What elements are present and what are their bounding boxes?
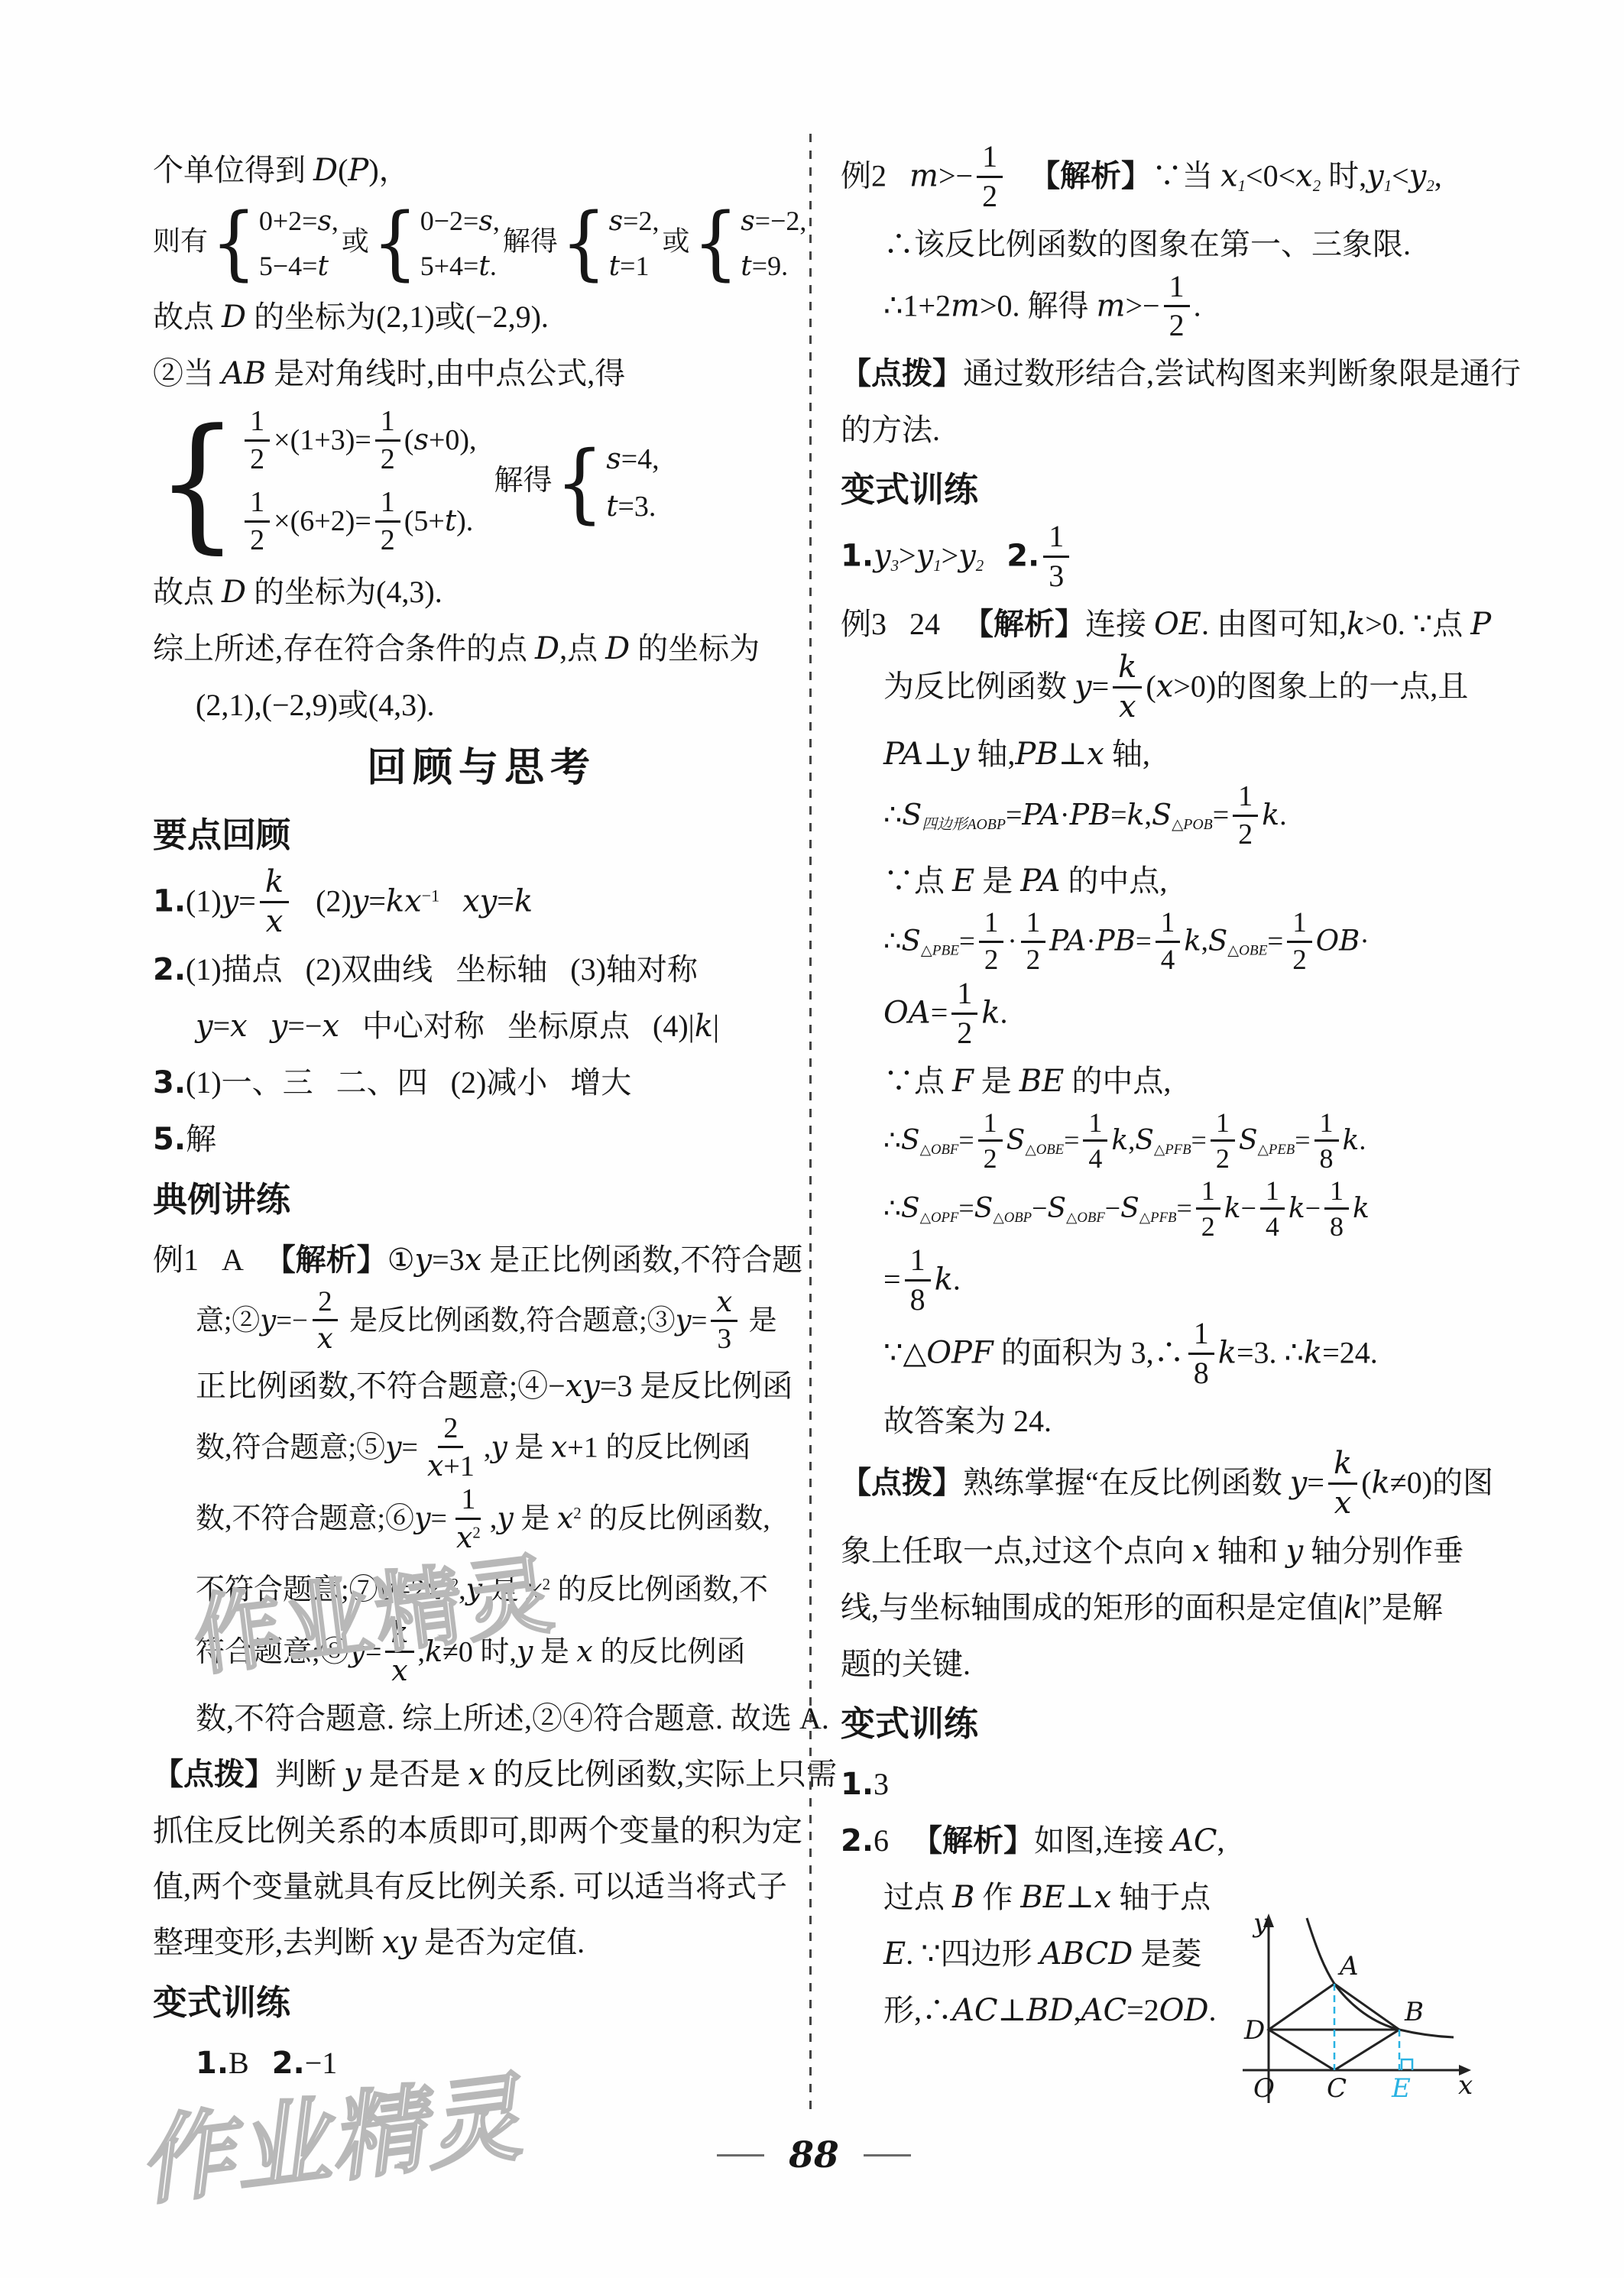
math-var: x bbox=[322, 1009, 339, 1044]
text: 要点回顾 bbox=[153, 815, 290, 855]
text: 熟练掌握“在反比例函数 bbox=[963, 1465, 1290, 1499]
text-line: ∴1+2m>0. 解得 m>−12. bbox=[883, 272, 1536, 346]
fraction: 18 bbox=[905, 1243, 931, 1317]
text: ⊥ bbox=[1058, 737, 1088, 771]
label-point-a: A bbox=[1337, 1951, 1359, 1982]
math-var: x bbox=[1119, 689, 1136, 724]
text: , bbox=[418, 1635, 426, 1667]
text-line: {12×(1+3)=12(s+0),12×(6+2)=12(5+t). 解得{s… bbox=[153, 402, 810, 564]
math-var: t bbox=[606, 489, 618, 523]
text: , bbox=[493, 206, 500, 236]
text: 2 bbox=[1216, 1143, 1230, 1174]
supscript: 2 bbox=[472, 1523, 480, 1541]
text: > bbox=[942, 539, 959, 573]
system-row: 0−2=s, bbox=[420, 199, 500, 244]
math-var: x bbox=[391, 1654, 407, 1687]
denominator: 2 bbox=[1021, 943, 1046, 976]
math-var: s bbox=[606, 442, 621, 475]
math-var: xy bbox=[382, 1925, 417, 1960]
bold-text: 2. bbox=[272, 2046, 305, 2081]
math-var: D bbox=[535, 631, 559, 666]
text: · bbox=[1360, 926, 1369, 958]
math-var: y bbox=[352, 884, 369, 919]
text: )， bbox=[368, 153, 409, 187]
text: = bbox=[931, 996, 948, 1030]
left-column: 个单位得到 D(P)，则有{0+2=s,5−4=t或{0−2=s,5+4=t.解… bbox=[153, 142, 810, 2092]
text: 1 bbox=[1216, 1107, 1230, 1138]
fraction: 12 bbox=[978, 1107, 1003, 1175]
brace-icon: { bbox=[156, 410, 238, 556]
text: −1 bbox=[305, 2046, 338, 2080]
text: 线,与坐标轴围成的矩形的面积是定值| bbox=[841, 1590, 1344, 1625]
text: 2 bbox=[250, 443, 264, 475]
text: (1) bbox=[186, 884, 222, 919]
text: 1 bbox=[910, 1243, 925, 1277]
block-para: 则有{0+2=s,5−4=t或{0−2=s,5+4=t.解得{s=2,t=1或{… bbox=[153, 199, 810, 289]
text-line: 数,不符合题意;⑥y=1x2,y 是 x2 的反比例函数, bbox=[196, 1486, 810, 1557]
fraction: 12 bbox=[375, 486, 400, 556]
page-footer: 88 bbox=[688, 2132, 940, 2178]
denominator: 8 bbox=[1324, 1210, 1349, 1242]
system-row: t=3. bbox=[606, 483, 656, 531]
system-rows: s=4,t=3. bbox=[606, 436, 659, 531]
text-line: PA⊥y 轴,PB⊥x 轴, bbox=[883, 726, 1536, 783]
subscript: △OBE bbox=[1227, 943, 1267, 959]
block-section: 变式训练 bbox=[841, 1692, 1536, 1756]
math-var: B bbox=[952, 1880, 974, 1915]
text-line: 则有{0+2=s,5−4=t或{0−2=s,5+4=t.解得{s=2,t=1或{… bbox=[153, 199, 810, 289]
text: 2 bbox=[957, 1016, 972, 1050]
text: >− bbox=[1125, 288, 1159, 322]
text: 1 bbox=[1169, 269, 1185, 303]
math-var: AC bbox=[1081, 1993, 1127, 2028]
text: 1 bbox=[1266, 1175, 1279, 1206]
text-line: (2,1),(−2,9)或(4,3). bbox=[196, 677, 810, 733]
text: 时, bbox=[1321, 158, 1366, 193]
text: 8 bbox=[1320, 1143, 1334, 1174]
text: 或 bbox=[662, 225, 689, 256]
fraction: 12 bbox=[375, 405, 400, 475]
bold-text: 【解析】 bbox=[1029, 158, 1152, 193]
text-line: 1.y3>y1>y2 2.13 bbox=[841, 522, 1536, 596]
denominator: 3 bbox=[1043, 558, 1069, 594]
block-para: 2.(1)描点 (2)双曲线 坐标轴 (3)轴对称y=x y=−x 中心对称 坐… bbox=[153, 941, 810, 1055]
block-title: 回顾与思考 bbox=[153, 733, 810, 803]
text: 形,∴ bbox=[883, 1993, 952, 2027]
math-var: x bbox=[526, 1573, 542, 1606]
math-var: y bbox=[491, 1430, 507, 1463]
math-var: x bbox=[427, 1449, 443, 1482]
text: ∴1+2 bbox=[883, 288, 951, 322]
brace-icon: { bbox=[556, 440, 605, 526]
text: = bbox=[402, 1431, 418, 1463]
math-var: y bbox=[196, 1009, 213, 1044]
math-var: PB bbox=[1070, 798, 1111, 831]
denominator: x bbox=[261, 903, 289, 939]
text: =1 bbox=[620, 251, 649, 281]
block-section: 典例讲练 bbox=[153, 1168, 810, 1232]
numerator: 1 bbox=[979, 907, 1004, 942]
math-var: OB bbox=[1316, 925, 1360, 958]
text: 2 bbox=[1026, 945, 1041, 976]
math-var: k bbox=[1218, 1336, 1237, 1371]
subscript: 1 bbox=[1384, 177, 1392, 195]
text-line: 例1 A 【解析】①y=3x 是正比例函数,不符合题 bbox=[153, 1232, 810, 1288]
text: . bbox=[1000, 996, 1008, 1030]
footer-dash bbox=[717, 2154, 764, 2156]
text: +0), bbox=[429, 424, 477, 456]
text: 不符合题意;⑦ bbox=[196, 1574, 378, 1606]
text: , bbox=[1201, 926, 1208, 958]
math-var: k bbox=[1334, 1446, 1352, 1481]
system-row: 12×(1+3)=12(s+0), bbox=[241, 402, 476, 483]
numerator: 1 bbox=[1324, 1175, 1349, 1210]
block-para: 例1 A 【解析】①y=3x 是正比例函数,不符合题意;②y=−2x 是反比例函… bbox=[153, 1232, 810, 1746]
text: (2,1),(−2,9)或(4,3). bbox=[196, 688, 434, 722]
numerator: 1 bbox=[245, 486, 270, 523]
math-var: x bbox=[557, 1501, 573, 1534]
text: 8 bbox=[1194, 1356, 1209, 1390]
math-var: x bbox=[266, 904, 284, 939]
text: 1 bbox=[1088, 1107, 1102, 1138]
math-var: k bbox=[1118, 650, 1136, 685]
text-line: y=x y=−x 中心对称 坐标原点 (4)|k| bbox=[196, 998, 810, 1055]
math-var: xy bbox=[462, 884, 497, 919]
denominator: 2 bbox=[1211, 1142, 1235, 1174]
numerator: 1 bbox=[1156, 907, 1181, 942]
brace-icon: { bbox=[211, 203, 257, 284]
math-var: s bbox=[609, 206, 623, 237]
text: 2 bbox=[250, 524, 264, 556]
math-var: y bbox=[952, 737, 970, 772]
text: | bbox=[713, 1009, 719, 1043]
text: 1 bbox=[1238, 780, 1253, 812]
text: 值,两个变量就具有反比例关系. 可以适当将式子 bbox=[153, 1869, 787, 1904]
fraction: 13 bbox=[1043, 520, 1069, 594]
math-var: x bbox=[1156, 669, 1174, 704]
text: 是 bbox=[507, 1431, 551, 1463]
bold-text: 3. bbox=[153, 1065, 186, 1100]
block-para: 【点拨】通过数形结合,尝试构图来判断象限是通行的方法. bbox=[841, 345, 1536, 458]
math-var: S bbox=[902, 925, 921, 958]
text: . bbox=[1279, 799, 1287, 831]
bold-text: 【解析】 bbox=[963, 607, 1085, 642]
math-var: OPF bbox=[926, 1336, 993, 1371]
math-var: D bbox=[313, 153, 338, 188]
math-var: x bbox=[1192, 1534, 1210, 1569]
text: =2 bbox=[394, 1574, 425, 1606]
math-var: OD bbox=[1159, 1993, 1209, 2028]
denominator: x2 bbox=[451, 1520, 486, 1555]
text: ( bbox=[1146, 669, 1156, 703]
text-line: 故点 D 的坐标为(4,3). bbox=[153, 564, 810, 621]
math-var: OA bbox=[883, 996, 931, 1031]
text-line: 正比例函数,不符合题意;④−xy=3 是反比例函 bbox=[196, 1358, 810, 1414]
block-para: 综上所述,存在符合条件的点 D,点 D 的坐标为(2,1),(−2,9)或(4,… bbox=[153, 621, 810, 733]
math-var: k bbox=[1343, 1125, 1360, 1156]
text: 变式训练 bbox=[841, 469, 978, 510]
fraction: x3 bbox=[711, 1286, 737, 1356]
math-var: k bbox=[1224, 1193, 1241, 1224]
text: 变式训练 bbox=[841, 1703, 978, 1744]
text: − bbox=[1305, 1193, 1321, 1223]
system-rows: s=2,t=1 bbox=[609, 199, 660, 289]
column-divider bbox=[809, 134, 812, 2116]
numerator: 1 bbox=[1314, 1107, 1339, 1142]
math-var: k bbox=[1304, 1336, 1322, 1371]
fraction: 18 bbox=[1324, 1175, 1349, 1243]
text: +1 bbox=[443, 1450, 474, 1482]
text: 通过数形结合,尝试构图来判断象限是通行 bbox=[963, 356, 1521, 390]
text: 1 bbox=[1201, 1175, 1215, 1206]
math-var: D bbox=[605, 631, 630, 666]
text: 4 bbox=[1161, 945, 1175, 976]
system-row: s=−2, bbox=[741, 199, 806, 244]
numerator: 2 bbox=[438, 1412, 463, 1449]
text: 抓住反比例关系的本质即可,即两个变量的积为定 bbox=[153, 1813, 802, 1848]
subscript: △PBE bbox=[921, 943, 959, 959]
system-row: 5−4=t bbox=[259, 244, 329, 289]
right-angle-icon bbox=[1402, 2059, 1412, 2070]
math-var: y bbox=[1366, 158, 1384, 193]
math-var: m bbox=[951, 288, 980, 323]
math-var: t bbox=[445, 504, 456, 537]
math-var: y bbox=[222, 884, 239, 919]
math-var: S bbox=[1208, 925, 1227, 958]
text: 2 bbox=[318, 1286, 332, 1317]
math-var: S bbox=[1152, 798, 1172, 831]
text-line: 故答案为 24. bbox=[883, 1393, 1536, 1449]
text: =24. bbox=[1322, 1336, 1378, 1370]
text: 5+4= bbox=[420, 251, 479, 281]
text-line: 的方法. bbox=[841, 402, 1536, 458]
text-line: 【点拨】判断 y 是否是 x 的反比例函数,实际上只需 bbox=[153, 1746, 810, 1803]
text: 2 bbox=[443, 1412, 458, 1444]
math-var: D bbox=[222, 575, 246, 610]
text: 个单位得到 bbox=[153, 153, 313, 187]
numerator: 1 bbox=[1164, 270, 1190, 308]
math-var: k bbox=[265, 864, 284, 899]
math-var: s bbox=[413, 423, 429, 456]
subscript: △OBF bbox=[920, 1142, 959, 1158]
math-var: s bbox=[478, 206, 492, 237]
text-line: 综上所述,存在符合条件的点 D,点 D 的坐标为 bbox=[153, 621, 810, 677]
text: = bbox=[1191, 1125, 1207, 1155]
text: − bbox=[1032, 1193, 1047, 1223]
math-var: k bbox=[1262, 798, 1279, 831]
text: ∴ bbox=[883, 1193, 901, 1223]
text: 为反比例函数 bbox=[883, 669, 1075, 703]
math-var: y bbox=[349, 1634, 365, 1667]
text: =− bbox=[276, 1305, 308, 1337]
subscript: 四边形AOBP bbox=[922, 816, 1006, 833]
text: =3 是反比例函 bbox=[600, 1369, 793, 1403]
text: = bbox=[1176, 1193, 1191, 1223]
equation-system: {0+2=s,5−4=t bbox=[211, 199, 339, 289]
text: 2 bbox=[984, 1143, 997, 1174]
numerator: k bbox=[1328, 1447, 1357, 1485]
text: ×(1+3)= bbox=[274, 424, 371, 456]
system-row: 12×(6+2)=12(5+t). bbox=[241, 483, 473, 564]
text-line: =18k. bbox=[883, 1246, 1536, 1320]
numerator: 1 bbox=[245, 405, 270, 442]
text: ②当 bbox=[153, 356, 222, 390]
fraction: 14 bbox=[1260, 1175, 1285, 1243]
denominator: x bbox=[386, 1653, 413, 1688]
text: = bbox=[1307, 1465, 1324, 1499]
text: 的方法. bbox=[841, 413, 940, 447]
hyperbola-curve bbox=[1307, 1918, 1454, 2037]
text: , bbox=[484, 1431, 491, 1463]
numerator: 2 bbox=[313, 1286, 338, 1321]
text: 典例讲练 bbox=[153, 1179, 290, 1220]
text: 是否是 bbox=[361, 1757, 468, 1791]
denominator: 2 bbox=[245, 523, 270, 557]
math-var: xy bbox=[566, 1369, 600, 1404]
text: 1 bbox=[984, 1107, 997, 1138]
math-var: x bbox=[551, 1430, 567, 1463]
text: = bbox=[1213, 799, 1229, 831]
text: = bbox=[883, 1262, 901, 1296]
text: 回顾与思考 bbox=[367, 745, 596, 791]
text: >0. 解得 bbox=[980, 288, 1097, 322]
block-para: 1.3 bbox=[841, 1756, 1536, 1813]
text: 变式训练 bbox=[153, 1982, 290, 2023]
text-line: 数,不符合题意. 综上所述,②④符合题意. 故选 A. bbox=[196, 1690, 810, 1746]
block-para: 5.解 bbox=[153, 1111, 810, 1168]
text: 故点 bbox=[153, 300, 222, 334]
text: 1 bbox=[984, 907, 999, 938]
text: 0+2= bbox=[259, 206, 318, 236]
text: ∴ bbox=[883, 926, 902, 958]
math-var: P bbox=[1470, 607, 1491, 642]
text: 是否为定值. bbox=[417, 1925, 585, 1959]
text: 的反比例函数,不 bbox=[550, 1574, 768, 1606]
bold-text: 2. bbox=[1006, 539, 1039, 574]
label-y-axis: y bbox=[1252, 1908, 1269, 1939]
text-line: 2.6 【解析】如图,连接 AC, bbox=[841, 1813, 1536, 1869]
text: 或 bbox=[342, 225, 369, 256]
text: < bbox=[1392, 158, 1409, 193]
denominator: 2 bbox=[375, 523, 400, 557]
block-para: 例2 m>−12 【解析】∵当 x1<0<x2 时,y1<y2,∴该反比例函数的… bbox=[841, 142, 1536, 345]
subscript: 2 bbox=[1313, 177, 1321, 195]
text: 判断 bbox=[275, 1757, 344, 1791]
text-line: 个单位得到 D(P)， bbox=[153, 142, 810, 199]
subscript: △PEB bbox=[1258, 1142, 1295, 1158]
numerator: 1 bbox=[1287, 907, 1312, 942]
text: , bbox=[1128, 1125, 1135, 1155]
text: · bbox=[1086, 926, 1095, 958]
math-var: x bbox=[716, 1285, 732, 1318]
math-var: x bbox=[468, 1757, 486, 1792]
text: 解得 bbox=[503, 225, 558, 256]
math-var: y bbox=[344, 1757, 361, 1792]
text bbox=[248, 1009, 271, 1043]
text: 1 bbox=[1292, 907, 1307, 938]
text-line: 数,符合题意;⑤y=2x+1,y 是 x+1 的反比例函 bbox=[196, 1414, 810, 1486]
workbook-page: 个单位得到 D(P)，则有{0+2=s,5−4=t或{0−2=s,5+4=t.解… bbox=[0, 0, 1624, 2278]
text: = bbox=[1295, 1125, 1310, 1155]
text-line: 1.B 2.−1 bbox=[196, 2035, 810, 2092]
text: 例1 A bbox=[153, 1243, 265, 1277]
text: . ∵四边形 bbox=[906, 1936, 1039, 1971]
text: 的反比例函 bbox=[593, 1635, 746, 1667]
denominator: 2 bbox=[375, 442, 400, 476]
math-var: S bbox=[902, 798, 922, 831]
fraction: 12 bbox=[1211, 1107, 1235, 1175]
subscript: 1 bbox=[933, 557, 941, 575]
text: = bbox=[213, 1009, 231, 1043]
text: . bbox=[1209, 1993, 1217, 2027]
math-var: F bbox=[952, 1064, 974, 1099]
text: 是 bbox=[514, 1502, 557, 1534]
text: 象上任取一点,过这个点向 bbox=[841, 1534, 1192, 1568]
math-var: PA bbox=[1022, 798, 1060, 831]
math-var: x bbox=[230, 1009, 248, 1044]
text: (1)描点 (2)双曲线 坐标轴 (3)轴对称 bbox=[186, 952, 698, 987]
block-para: 个单位得到 D(P)， bbox=[153, 142, 810, 199]
brace-icon: { bbox=[561, 203, 607, 284]
math-var: AC bbox=[1172, 1823, 1217, 1858]
text: = bbox=[958, 1193, 974, 1223]
text-line: ∵△OPF 的面积为 3,∴18k=3. ∴k=24. bbox=[883, 1319, 1536, 1393]
text-line: ∵点 F 是 BE 的中点, bbox=[883, 1053, 1536, 1110]
math-var: t bbox=[478, 251, 489, 282]
math-var: x bbox=[317, 1322, 333, 1355]
text: 是 bbox=[974, 1064, 1019, 1098]
numerator: 1 bbox=[977, 140, 1003, 178]
equation-system: {s=−2,t=9. bbox=[692, 199, 806, 289]
text: =3. ∴ bbox=[1237, 1336, 1304, 1370]
text: (2) bbox=[293, 884, 352, 919]
text-line: 【点拨】通过数形结合,尝试构图来判断象限是通行 bbox=[841, 345, 1536, 402]
text bbox=[1006, 158, 1029, 193]
math-var: S bbox=[901, 1193, 920, 1224]
subscript: 2 bbox=[1426, 177, 1434, 195]
text: 是对角线时,由中点公式,得 bbox=[266, 356, 625, 390]
text-line: 整理变形,去判断 xy 是否为定值. bbox=[153, 1914, 810, 1971]
math-var: S bbox=[901, 1125, 920, 1156]
math-var: y bbox=[1286, 1534, 1304, 1569]
numerator: k bbox=[385, 1616, 413, 1654]
text: >− bbox=[938, 158, 973, 193]
system-row: t=1 bbox=[609, 244, 650, 289]
text: , bbox=[1434, 158, 1442, 193]
text: ,点 bbox=[559, 631, 605, 666]
label-point-d: D bbox=[1243, 2015, 1265, 2046]
text: 是反比例函数,符合题意;③ bbox=[342, 1305, 676, 1337]
bold-text: 【点拨】 bbox=[841, 1465, 963, 1500]
system-row: s=4, bbox=[606, 436, 659, 484]
text-line: 意;②y=−2x 是反比例函数,符合题意;③y=x3 是 bbox=[196, 1288, 810, 1358]
bold-text: 【点拨】 bbox=[841, 356, 963, 391]
math-var: y bbox=[874, 539, 891, 574]
bold-text: 1. bbox=[841, 539, 874, 574]
math-var: k bbox=[1289, 1193, 1305, 1224]
label-x-axis: x bbox=[1458, 2070, 1473, 2101]
text: 1 bbox=[982, 139, 997, 173]
math-var: t bbox=[609, 251, 620, 282]
fraction: 18 bbox=[1188, 1317, 1214, 1391]
text: > bbox=[899, 539, 916, 573]
text-line: 题的关键. bbox=[841, 1636, 1536, 1692]
supscript: 2 bbox=[543, 1575, 550, 1593]
supscript: −2 bbox=[442, 1575, 459, 1593]
system-rows: s=−2,t=9. bbox=[741, 199, 806, 289]
text: = bbox=[1136, 926, 1152, 958]
denominator: 2 bbox=[1164, 307, 1190, 343]
